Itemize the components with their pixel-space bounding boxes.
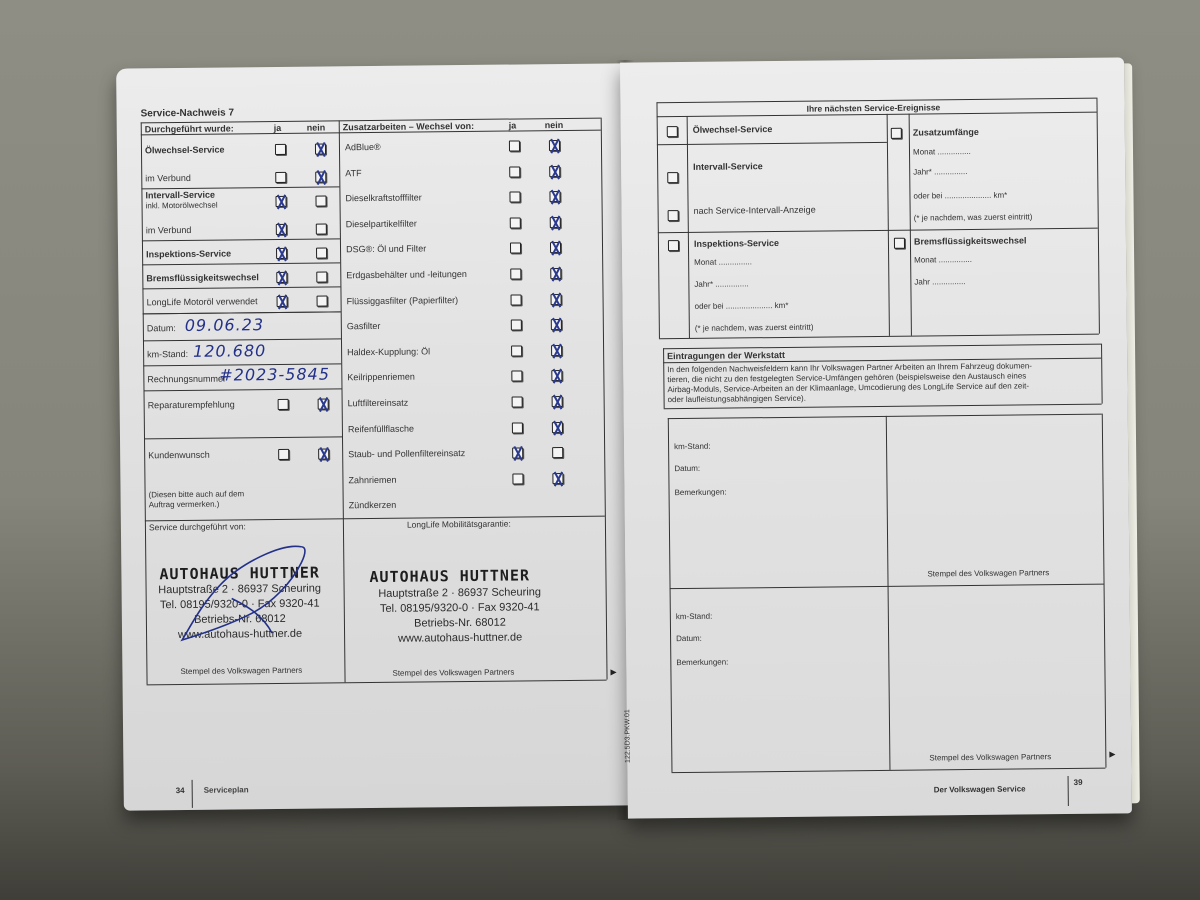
extra-ja-checkbox[interactable]	[509, 166, 520, 177]
extra-ja-checkbox[interactable]	[510, 243, 521, 254]
km-value[interactable]: 120.680	[193, 341, 266, 361]
entry-km-label[interactable]: km-Stand:	[674, 442, 711, 451]
performed-nein-checkbox[interactable]	[315, 171, 326, 182]
extra-row: Staub- und Pollenfiltereinsatz	[116, 63, 622, 68]
left-page: Service-Nachweis 7 Durchgeführt wurde: j…	[116, 63, 630, 810]
extra-row: AdBlue®	[116, 63, 622, 68]
col-nein-extra: nein	[545, 120, 564, 130]
km-label: km-Stand:	[147, 349, 188, 359]
extra-label: Luftfiltereinsatz	[348, 398, 409, 409]
extra-ja-checkbox[interactable]	[511, 320, 522, 331]
extra-label: AdBlue®	[345, 142, 381, 152]
extras-checkbox[interactable]	[891, 128, 902, 139]
next-events-title: Ihre nächsten Service-Ereignisse	[806, 102, 940, 113]
extra-ja-checkbox[interactable]	[512, 422, 523, 433]
rechnung-value[interactable]: #2023-5845	[219, 364, 330, 384]
extra-nein-checkbox[interactable]	[551, 345, 562, 356]
extra-nein-checkbox[interactable]	[551, 319, 562, 330]
extra-nein-checkbox[interactable]	[552, 473, 563, 484]
extra-ja-checkbox[interactable]	[511, 345, 522, 356]
stamp-caption: Stempel des Volkswagen Partners	[180, 666, 302, 676]
performed-nein-checkbox[interactable]	[316, 247, 327, 258]
extra-ja-checkbox[interactable]	[510, 217, 521, 228]
extra-row: Zündkerzen	[116, 63, 622, 68]
footer-section: Der Volkswagen Service	[934, 784, 1026, 794]
col-ja: ja	[274, 123, 282, 133]
stamp-address: Hauptstraße 2 · 86937 Scheuring	[360, 586, 560, 600]
extras-jahr[interactable]: Jahr* ...............	[913, 167, 967, 177]
performed-row: im Verbund	[116, 63, 622, 68]
extra-nein-checkbox[interactable]	[549, 191, 560, 202]
performed-row: Ölwechsel-Service	[116, 63, 622, 68]
page-number: 34	[176, 786, 185, 795]
extra-label: Flüssiggasfilter (Papierfilter)	[347, 295, 459, 306]
performed-row: Bremsflüssigkeitswechsel	[116, 63, 622, 68]
extra-row: Dieselpartikelfilter	[116, 63, 622, 68]
kundenwunsch-label: Kundenwunsch	[148, 450, 210, 461]
inspection-oder-bei[interactable]: oder bei ..................... km*	[695, 301, 789, 311]
extra-label: Zündkerzen	[349, 500, 397, 510]
note-line2: Auftrag vermerken.)	[149, 500, 220, 510]
extra-label: Keilrippenriemen	[347, 372, 415, 383]
extras-title: Zusatzumfänge	[913, 127, 979, 138]
mobility-label: LongLife Mobilitätsgarantie:	[407, 519, 511, 530]
extra-list: AdBlue®ATFDieselkraftstofffilterDieselpa…	[116, 63, 622, 68]
col-ja-extra: ja	[509, 120, 517, 130]
performed-label: Inspektions-Service	[146, 248, 231, 259]
performed-nein-checkbox[interactable]	[315, 195, 326, 206]
dealer-stamp-right: AUTOHAUS HUTTNER Hauptstraße 2 · 86937 S…	[116, 63, 622, 68]
extra-nein-checkbox[interactable]	[549, 140, 560, 151]
signature-icon	[161, 543, 312, 655]
extra-nein-checkbox[interactable]	[550, 268, 561, 279]
performed-nein-checkbox[interactable]	[316, 271, 327, 282]
entry-stamp-caption: Stempel des Volkswagen Partners	[927, 568, 1049, 578]
extra-ja-checkbox[interactable]	[511, 371, 522, 382]
inspection-label: Inspektions-Service	[694, 238, 779, 249]
reparatur-nein-checkbox[interactable]	[318, 398, 329, 409]
stamp-betriebs: Betriebs-Nr. 68012	[360, 616, 560, 630]
extra-row: Flüssiggasfilter (Papierfilter)	[116, 63, 622, 68]
extra-nein-checkbox[interactable]	[552, 447, 563, 458]
extra-label: Gasfilter	[347, 321, 381, 331]
col-nein: nein	[307, 122, 326, 132]
entry-bemerkungen-label[interactable]: Bemerkungen:	[675, 488, 727, 498]
extra-row: Dieselkraftstofffilter	[116, 63, 622, 68]
extra-nein-checkbox[interactable]	[550, 217, 561, 228]
extra-label: Haldex-Kupplung: Öl	[347, 346, 430, 357]
performed-label: LongLife Motoröl verwendet	[147, 296, 258, 307]
oil-service-checkbox[interactable]	[667, 126, 678, 137]
extra-row: Luftfiltereinsatz	[116, 63, 622, 68]
performed-row: im Verbund	[116, 63, 622, 68]
workshop-title: Eintragungen der Werkstatt	[667, 350, 785, 361]
extra-nein-checkbox[interactable]	[550, 242, 561, 253]
inspection-jahr[interactable]: Jahr* ...............	[694, 279, 748, 289]
performed-label: im Verbund	[146, 225, 192, 235]
extra-label: Reifenfüllflasche	[348, 423, 414, 434]
entry-bemerkungen-label[interactable]: Bemerkungen:	[676, 658, 728, 668]
interval-service-label: Intervall-Service	[693, 161, 763, 172]
right-page: Ihre nächsten Service-Ereignisse Ölwechs…	[620, 57, 1132, 818]
brake-fluid-label: Bremsflüssigkeitswechsel	[914, 235, 1027, 246]
extra-nein-checkbox[interactable]	[552, 396, 563, 407]
extra-row: Keilrippenriemen	[116, 63, 622, 68]
stamp-web: www.autohaus-huttner.de	[360, 631, 560, 645]
extra-label: Dieselpartikelfilter	[346, 218, 417, 229]
kundenwunsch-nein-checkbox[interactable]	[318, 448, 329, 459]
rechnung-label: Rechnungsnummer	[147, 374, 226, 385]
service-by-label: Service durchgeführt von:	[149, 521, 246, 532]
extra-label: DSG®: Öl und Filter	[346, 244, 426, 255]
brake-monat[interactable]: Monat ...............	[914, 255, 972, 265]
extra-label: Dieselkraftstofffilter	[345, 193, 421, 204]
continue-arrow-icon: ▶	[1109, 750, 1115, 759]
section-title: Service-Nachweis 7	[141, 107, 235, 119]
extra-ja-checkbox[interactable]	[512, 473, 523, 484]
extras-monat[interactable]: Monat ...............	[913, 147, 971, 157]
reparatur-label: Reparaturempfehlung	[148, 399, 235, 410]
performed-label: Intervall-Service	[145, 190, 215, 201]
extra-row: Erdgasbehälter und -leitungen	[116, 63, 622, 68]
extra-row: Haldex-Kupplung: Öl	[116, 63, 622, 68]
performed-ja-checkbox[interactable]	[275, 172, 286, 183]
extra-label: Erdgasbehälter und -leitungen	[346, 269, 467, 280]
performed-row: Inspektions-Service	[116, 63, 622, 68]
entry-datum-label[interactable]: Datum:	[674, 464, 700, 473]
entry-stamp-caption: Stempel des Volkswagen Partners	[929, 752, 1051, 762]
extra-ja-checkbox[interactable]	[511, 294, 522, 305]
brake-jahr[interactable]: Jahr ...............	[914, 277, 965, 287]
stamp-caption: Stempel des Volkswagen Partners	[392, 668, 514, 678]
performed-nein-checkbox[interactable]	[317, 295, 328, 306]
extras-oder-bei[interactable]: oder bei ..................... km*	[913, 191, 1007, 201]
extra-row: Reifenfüllflasche	[116, 63, 622, 68]
col-extra: Zusatzarbeiten – Wechsel von:	[343, 121, 474, 132]
performed-list: Ölwechsel-Serviceim VerbundIntervall-Ser…	[116, 63, 622, 68]
entry-box-2: km-Stand: Datum: Bemerkungen: Stempel de…	[620, 57, 1124, 62]
extra-ja-checkbox[interactable]	[512, 448, 523, 459]
extra-ja-checkbox[interactable]	[512, 396, 523, 407]
entry-box-1: km-Stand: Datum: Bemerkungen: Stempel de…	[620, 57, 1124, 62]
oil-service-label: Ölwechsel-Service	[693, 124, 773, 135]
stamp-name: AUTOHAUS HUTTNER	[369, 566, 530, 586]
inspection-checkbox[interactable]	[668, 240, 679, 251]
continue-arrow-icon: ▶	[610, 667, 616, 676]
extra-nein-checkbox[interactable]	[552, 422, 563, 433]
extra-row: Gasfilter	[116, 63, 622, 68]
performed-sublabel: inkl. Motorölwechsel	[146, 201, 218, 211]
performed-ja-checkbox[interactable]	[276, 272, 287, 283]
extra-row: ATF	[116, 63, 622, 68]
extra-label: Zahnriemen	[348, 475, 396, 486]
performed-row: Intervall-Serviceinkl. Motorölwechsel	[116, 63, 622, 68]
performed-ja-checkbox[interactable]	[276, 248, 287, 259]
col-performed: Durchgeführt wurde:	[145, 123, 234, 134]
extra-nein-checkbox[interactable]	[549, 166, 560, 177]
kundenwunsch-ja-checkbox[interactable]	[278, 449, 289, 460]
performed-nein-checkbox[interactable]	[315, 143, 326, 154]
extra-row: Zahnriemen	[116, 63, 622, 68]
performed-ja-checkbox[interactable]	[275, 196, 286, 207]
entry-km-label[interactable]: km-Stand:	[676, 612, 713, 621]
note-line1: (Diesen bitte auch auf dem	[149, 489, 245, 499]
extra-ja-checkbox[interactable]	[510, 268, 521, 279]
extra-ja-checkbox[interactable]	[509, 140, 520, 151]
interval-service-checkbox[interactable]	[667, 172, 678, 183]
extra-label: Staub- und Pollenfiltereinsatz	[348, 448, 465, 459]
extra-row: DSG®: Öl und Filter	[116, 63, 622, 68]
entry-datum-label[interactable]: Datum:	[676, 634, 702, 643]
extra-nein-checkbox[interactable]	[551, 294, 562, 305]
performed-nein-checkbox[interactable]	[316, 223, 327, 234]
extra-label: ATF	[345, 168, 361, 178]
inspection-footnote: (* je nachdem, was zuerst eintritt)	[695, 323, 814, 333]
dealer-stamp-left: AUTOHAUS HUTTNER Hauptstraße 2 · 86937 S…	[116, 63, 622, 68]
page-number: 39	[1074, 778, 1083, 787]
datum-label: Datum:	[147, 323, 176, 333]
stamp-phone: Tel. 08195/9320-0 · Fax 9320-41	[360, 601, 560, 615]
performed-label: Bremsflüssigkeitswechsel	[146, 272, 259, 283]
reparatur-ja-checkbox[interactable]	[278, 399, 289, 410]
extra-nein-checkbox[interactable]	[551, 370, 562, 381]
performed-label: Ölwechsel-Service	[145, 145, 225, 156]
brake-fluid-checkbox[interactable]	[894, 238, 905, 249]
performed-ja-checkbox[interactable]	[276, 224, 287, 235]
performed-row: LongLife Motoröl verwendet	[116, 63, 622, 68]
inspection-monat[interactable]: Monat ...............	[694, 257, 752, 267]
doc-code: 122.5D3.PKW.01	[624, 709, 632, 763]
interval-display-label: nach Service-Intervall-Anzeige	[694, 205, 816, 216]
performed-ja-checkbox[interactable]	[277, 296, 288, 307]
performed-ja-checkbox[interactable]	[275, 144, 286, 155]
extras-footnote: (* je nachdem, was zuerst eintritt)	[914, 212, 1033, 222]
datum-value[interactable]: 09.06.23	[185, 315, 264, 335]
extra-ja-checkbox[interactable]	[509, 192, 520, 203]
page-section: Serviceplan	[204, 785, 249, 794]
interval-display-checkbox[interactable]	[668, 210, 679, 221]
performed-label: im Verbund	[145, 173, 191, 183]
workshop-text-4: oder laufleistungsabhängigen Service).	[668, 394, 806, 404]
